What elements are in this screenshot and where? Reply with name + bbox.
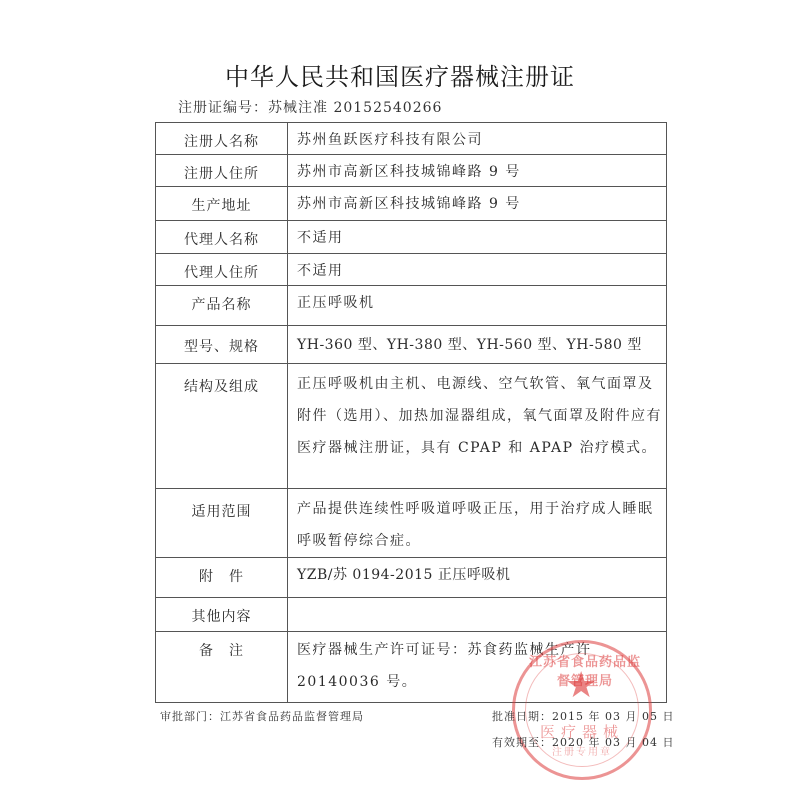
star-icon: ★	[565, 665, 597, 706]
table-row: 型号、规格 YH-360 型、YH-380 型、YH-560 型、YH-580 …	[156, 326, 667, 364]
row-value: 苏州市高新区科技城锦峰路 9 号	[288, 187, 667, 221]
row-value: 苏州鱼跃医疗科技有限公司	[288, 123, 667, 155]
row-value: 不适用	[288, 254, 667, 286]
certificate-table: 注册人名称 苏州鱼跃医疗科技有限公司 注册人住所 苏州市高新区科技城锦峰路 9 …	[155, 122, 667, 703]
table-row: 注册人住所 苏州市高新区科技城锦峰路 9 号	[156, 155, 667, 187]
row-label: 其他内容	[156, 598, 288, 632]
table-row: 代理人名称 不适用	[156, 221, 667, 254]
row-label: 注册人名称	[156, 123, 288, 155]
row-value: YH-360 型、YH-380 型、YH-560 型、YH-580 型	[288, 326, 667, 364]
table-row: 结构及组成 正压呼吸机由主机、电源线、空气软管、氧气面罩及附件（选用）、加热加湿…	[156, 364, 667, 489]
table-row: 代理人住所 不适用	[156, 254, 667, 286]
row-value: 不适用	[288, 221, 667, 254]
row-label: 附 件	[156, 558, 288, 598]
approval-date: 批准日期：2015 年 03 月 05 日	[492, 708, 674, 724]
table-row: 产品名称 正压呼吸机	[156, 286, 667, 326]
row-value: 正压呼吸机由主机、电源线、空气软管、氧气面罩及附件（选用）、加热加湿器组成，氧气…	[288, 364, 667, 489]
row-value: 产品提供连续性呼吸道呼吸正压，用于治疗成人睡眠呼吸暂停综合症。	[288, 489, 667, 558]
row-label: 适用范围	[156, 489, 288, 558]
row-label: 备 注	[156, 632, 288, 703]
row-label: 型号、规格	[156, 326, 288, 364]
table-row: 附 件 YZB/苏 0194-2015 正压呼吸机	[156, 558, 667, 598]
row-label: 代理人名称	[156, 221, 288, 254]
row-label: 代理人住所	[156, 254, 288, 286]
row-label: 生产地址	[156, 187, 288, 221]
row-label: 注册人住所	[156, 155, 288, 187]
table-row: 注册人名称 苏州鱼跃医疗科技有限公司	[156, 123, 667, 155]
row-label: 结构及组成	[156, 364, 288, 489]
row-value: 正压呼吸机	[288, 286, 667, 326]
table-row: 适用范围 产品提供连续性呼吸道呼吸正压，用于治疗成人睡眠呼吸暂停综合症。	[156, 489, 667, 558]
document-title: 中华人民共和国医疗器械注册证	[0, 57, 800, 92]
approval-department: 审批部门：江苏省食品药品监督管理局	[160, 708, 364, 724]
row-value: YZB/苏 0194-2015 正压呼吸机	[288, 558, 667, 598]
registration-number: 注册证编号：苏械注准 20152540266	[178, 97, 442, 117]
valid-until: 有效期至：2020 年 03 月 04 日	[492, 734, 674, 750]
row-value	[288, 598, 667, 632]
table-row: 生产地址 苏州市高新区科技城锦峰路 9 号	[156, 187, 667, 221]
row-value: 苏州市高新区科技城锦峰路 9 号	[288, 155, 667, 187]
row-label: 产品名称	[156, 286, 288, 326]
table-row: 其他内容	[156, 598, 667, 632]
